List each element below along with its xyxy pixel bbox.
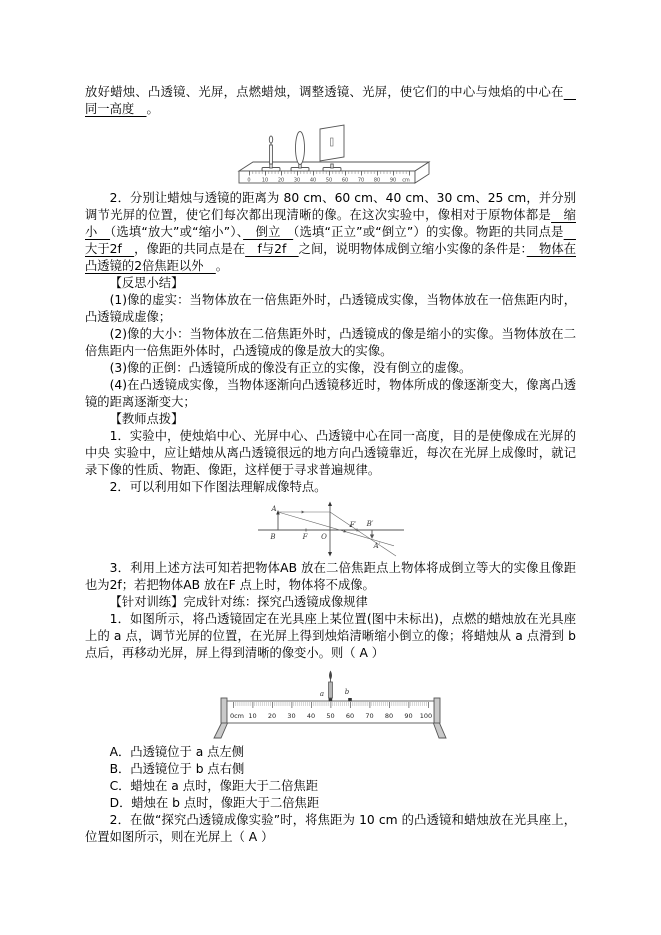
- label-F: F: [301, 533, 308, 541]
- candle-at-a: [329, 671, 333, 699]
- point-a-marker: [329, 698, 333, 701]
- teacher-item-2: 2．可以利用如下作图法理解成像特点。: [85, 479, 576, 496]
- option-b: B．凸透镜位于 b 点右侧: [85, 761, 576, 778]
- ruler-label: 70: [357, 178, 363, 184]
- left-leg: [214, 722, 228, 738]
- ruler-major-ticks: [233, 702, 429, 708]
- teacher-heading: 【教师点拨】: [85, 411, 576, 428]
- method-note-paragraph: 3．利用上述方法可知若把物体AB 放在二倍焦距点上物体将成倒立等大的实像且像距也…: [85, 560, 576, 594]
- flame-icon: [269, 136, 272, 143]
- right-end-cap: [434, 698, 440, 723]
- ruler-label: 90: [389, 178, 395, 184]
- optical-track-illustration: 0cm 10 20 30 40 50 60 70 80 90 100 a b: [213, 665, 448, 741]
- figure-optical-track: 0cm 10 20 30 40 50 60 70 80 90 100 a b: [85, 665, 576, 741]
- ruler-label: 60: [346, 712, 354, 720]
- reflect-item-1: (1)像的虚实：当物体放在一倍焦距外时，凸透镜成实像，当物体放在一倍焦距内时，凸…: [85, 292, 576, 326]
- training-heading: 【针对训练】完成针对练：探究凸透镜成像规律: [85, 594, 576, 611]
- option-d: D．蜡烛在 b 点时，像距大于二倍焦距: [85, 795, 576, 812]
- text-run: 2．分别让蜡烛与透镜的距离为 80 cm、60 cm、40 cm、30 cm、2…: [85, 191, 576, 222]
- ruler-label: 60: [341, 178, 347, 184]
- label-B: B: [269, 533, 275, 541]
- text-run: （选填“正立”或“倒立”）的实像。物距的共同点是: [293, 225, 564, 239]
- screen-icon: [320, 125, 344, 161]
- ruler-label: 30: [293, 178, 299, 184]
- label-B-prime: B′: [365, 520, 373, 528]
- label-point-b: b: [345, 688, 350, 696]
- text-run: 。: [216, 259, 228, 273]
- lens-arrow-down-icon: [328, 552, 332, 557]
- ruler-label: 0: [247, 178, 250, 184]
- ruler-unit-label: cm: [402, 178, 410, 184]
- ruler-label: 80: [373, 178, 379, 184]
- ruler-label: 40: [309, 178, 315, 184]
- ruler-major-ticks: [249, 171, 411, 176]
- ruler-label: 10: [248, 712, 256, 720]
- ray-diagram-illustration: A B F O F′ B′ A′: [256, 499, 406, 557]
- ruler-label: 0cm: [230, 712, 244, 720]
- lens-icon: [295, 132, 304, 165]
- ruler-label: 40: [307, 712, 315, 720]
- ruler-label: 10: [261, 178, 267, 184]
- teacher-item-1: 1．实验中，使烛焰中心、光屏中心、凸透镜中心在同一高度，目的是使像成在光屏的中央…: [85, 428, 576, 479]
- ruler-label: 100: [420, 712, 432, 720]
- intro-paragraph: 放好蜡烛、凸透镜、光屏，点燃蜡烛，调整透镜、光屏，使它们的中心与烛焰的中心在 同…: [85, 84, 576, 118]
- refracted-ray: [330, 512, 396, 556]
- flame-icon: [329, 671, 332, 681]
- center-ray: [278, 512, 394, 546]
- ruler-label: 50: [326, 712, 334, 720]
- right-leg: [433, 722, 446, 738]
- label-O: O: [321, 533, 327, 541]
- document-page: 放好蜡烛、凸透镜、光屏，点燃蜡烛，调整透镜、光屏，使它们的中心与烛焰的中心在 同…: [0, 0, 661, 846]
- left-end-cap: [221, 698, 227, 723]
- ruler-label: 20: [277, 178, 283, 184]
- label-point-a: a: [320, 690, 324, 698]
- blank-answer: f与2f: [245, 242, 299, 256]
- label-A: A: [270, 505, 276, 513]
- lens-arrow-up-icon: [328, 502, 332, 507]
- text-run: ，像距的共同点是在: [134, 242, 245, 256]
- text-run: （选填“放大”或“缩小”）、: [110, 225, 243, 239]
- option-c: C．蜡烛在 a 点时，像距大于二倍焦距: [85, 778, 576, 795]
- ruler-label: 90: [404, 712, 412, 720]
- figure-ray-diagram: A B F O F′ B′ A′: [85, 499, 576, 557]
- optical-bench-illustration: 0 10 20 30 40 50 60 70 80 90 cm: [231, 121, 431, 187]
- point-b-marker: [348, 698, 352, 701]
- training-question-2: 2．在做“探究凸透镜成像实验”时，将焦距为 10 cm 的凸透镜和蜡烛放在光具座…: [85, 812, 576, 846]
- ruler-label: 80: [385, 712, 393, 720]
- text-run: 之间，说明物体成倒立缩小实像的条件是：: [299, 242, 527, 256]
- blank-answer: 倒立: [243, 225, 293, 239]
- ruler-label: 20: [268, 712, 276, 720]
- ruler-label: 50: [325, 178, 331, 184]
- experiment-2-paragraph: 2．分别让蜡烛与透镜的距离为 80 cm、60 cm、40 cm、30 cm、2…: [85, 190, 576, 275]
- text-run: 。: [147, 102, 159, 116]
- label-A-prime: A′: [372, 542, 380, 550]
- reflect-item-4: (4)在凸透镜成实像，当物体逐渐向凸透镜移近时，物体所成的像逐渐变大，像离凸透镜…: [85, 377, 576, 411]
- reflect-item-3: (3)像的正倒：凸透镜所成的像没有正立的实像，没有倒立的虚像。: [85, 360, 576, 377]
- reflect-item-2: (2)像的大小：当物体放在二倍焦距外时，凸透镜成的像是缩小的实像。当物体放在二倍…: [85, 326, 576, 360]
- training-question-1: 1．如图所示，将凸透镜固定在光具座上某位置(图中未标出)，点燃的蜡烛放在光具座上…: [85, 611, 576, 662]
- ruler-label: 30: [287, 712, 295, 720]
- ruler-label: 70: [365, 712, 373, 720]
- reflect-heading: 【反思小结】: [85, 275, 576, 292]
- option-a: A．凸透镜位于 a 点左侧: [85, 744, 576, 761]
- text-run: 放好蜡烛、凸透镜、光屏，点燃蜡烛，调整透镜、光屏，使它们的中心与烛焰的中心在: [85, 85, 564, 99]
- label-F-prime: F′: [348, 521, 356, 529]
- figure-optical-bench-3d: 0 10 20 30 40 50 60 70 80 90 cm: [85, 121, 576, 187]
